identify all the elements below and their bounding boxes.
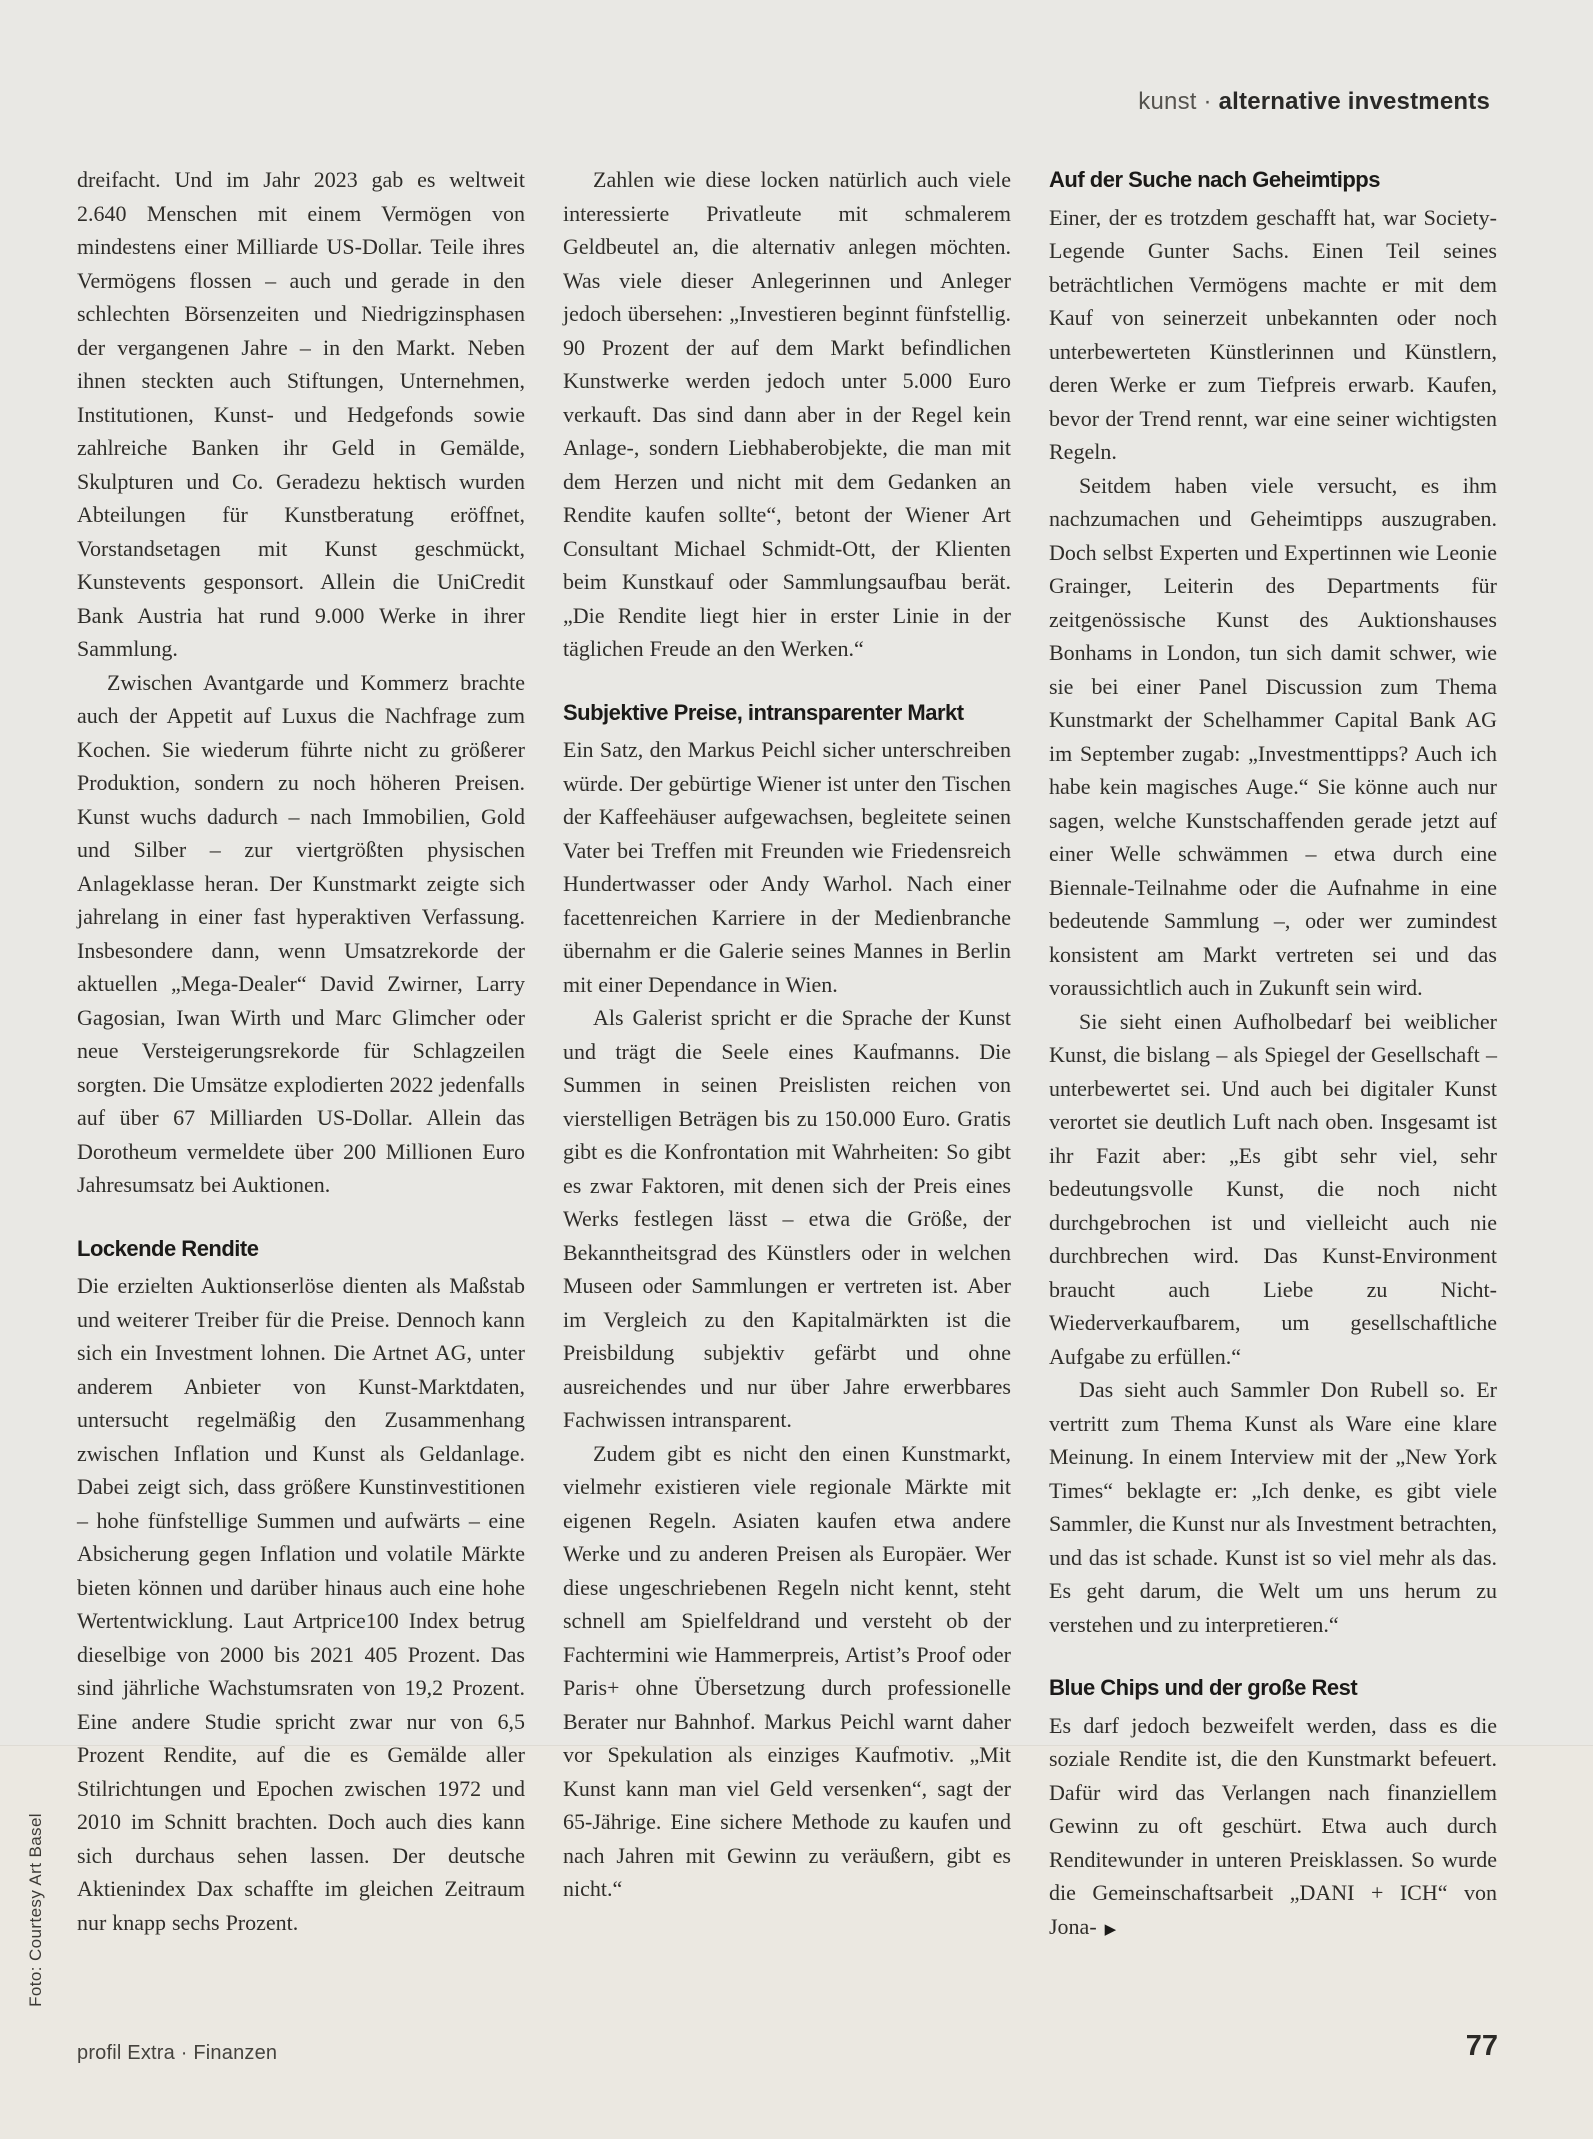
photo-credit: Foto: Courtesy Art Basel	[26, 1813, 46, 2007]
magazine-page: { "header": { "section": "kunst", "separ…	[0, 0, 1593, 2139]
paragraph: Ein Satz, den Markus Peichl sicher unter…	[563, 733, 1011, 1001]
text-column-1: dreifacht. Und im Jahr 2023 gab es weltw…	[77, 163, 525, 1946]
paragraph: Einer, der es trotzdem geschafft hat, wa…	[1049, 201, 1497, 469]
footer-magazine-title: profil Extra · Finanzen	[77, 2042, 277, 2065]
section-heading: Blue Chips und der große Rest	[1049, 1671, 1497, 1705]
continuation-arrow-icon: ▶	[1097, 1920, 1117, 1938]
paragraph: Seitdem haben viele versucht, es ihm nac…	[1049, 469, 1497, 1005]
section-heading: Lockende Rendite	[77, 1232, 525, 1266]
text-column-3: Auf der Suche nach GeheimtippsEiner, der…	[1049, 163, 1497, 1946]
text-column-2: Zahlen wie diese locken natürlich auch v…	[563, 163, 1011, 1946]
section-heading: Auf der Suche nach Geheimtipps	[1049, 163, 1497, 197]
paragraph: Als Galerist spricht er die Sprache der …	[563, 1001, 1011, 1437]
paragraph: Sie sieht einen Aufholbedarf bei weiblic…	[1049, 1005, 1497, 1374]
paragraph: Das sieht auch Sammler Don Rubell so. Er…	[1049, 1373, 1497, 1641]
running-head-topic: alternative investments	[1219, 88, 1490, 115]
paragraph: Es darf jedoch bezweifelt werden, dass e…	[1049, 1709, 1497, 1947]
paragraph: Zwischen Avantgarde und Kommerz brachte …	[77, 666, 525, 1202]
page-number: 77	[1466, 2030, 1498, 2063]
running-head: kunst · alternative investments	[1138, 88, 1490, 116]
paragraph: dreifacht. Und im Jahr 2023 gab es weltw…	[77, 163, 525, 666]
running-head-separator: ·	[1197, 88, 1219, 115]
paragraph: Zudem gibt es nicht den einen Kunstmarkt…	[563, 1437, 1011, 1906]
section-heading: Subjektive Preise, intransparenter Markt	[563, 696, 1011, 730]
paragraph: Die erzielten Auktionserlöse dienten als…	[77, 1269, 525, 1939]
article-body: dreifacht. Und im Jahr 2023 gab es weltw…	[77, 163, 1497, 1946]
running-head-section: kunst	[1138, 88, 1196, 115]
paragraph: Zahlen wie diese locken natürlich auch v…	[563, 163, 1011, 666]
